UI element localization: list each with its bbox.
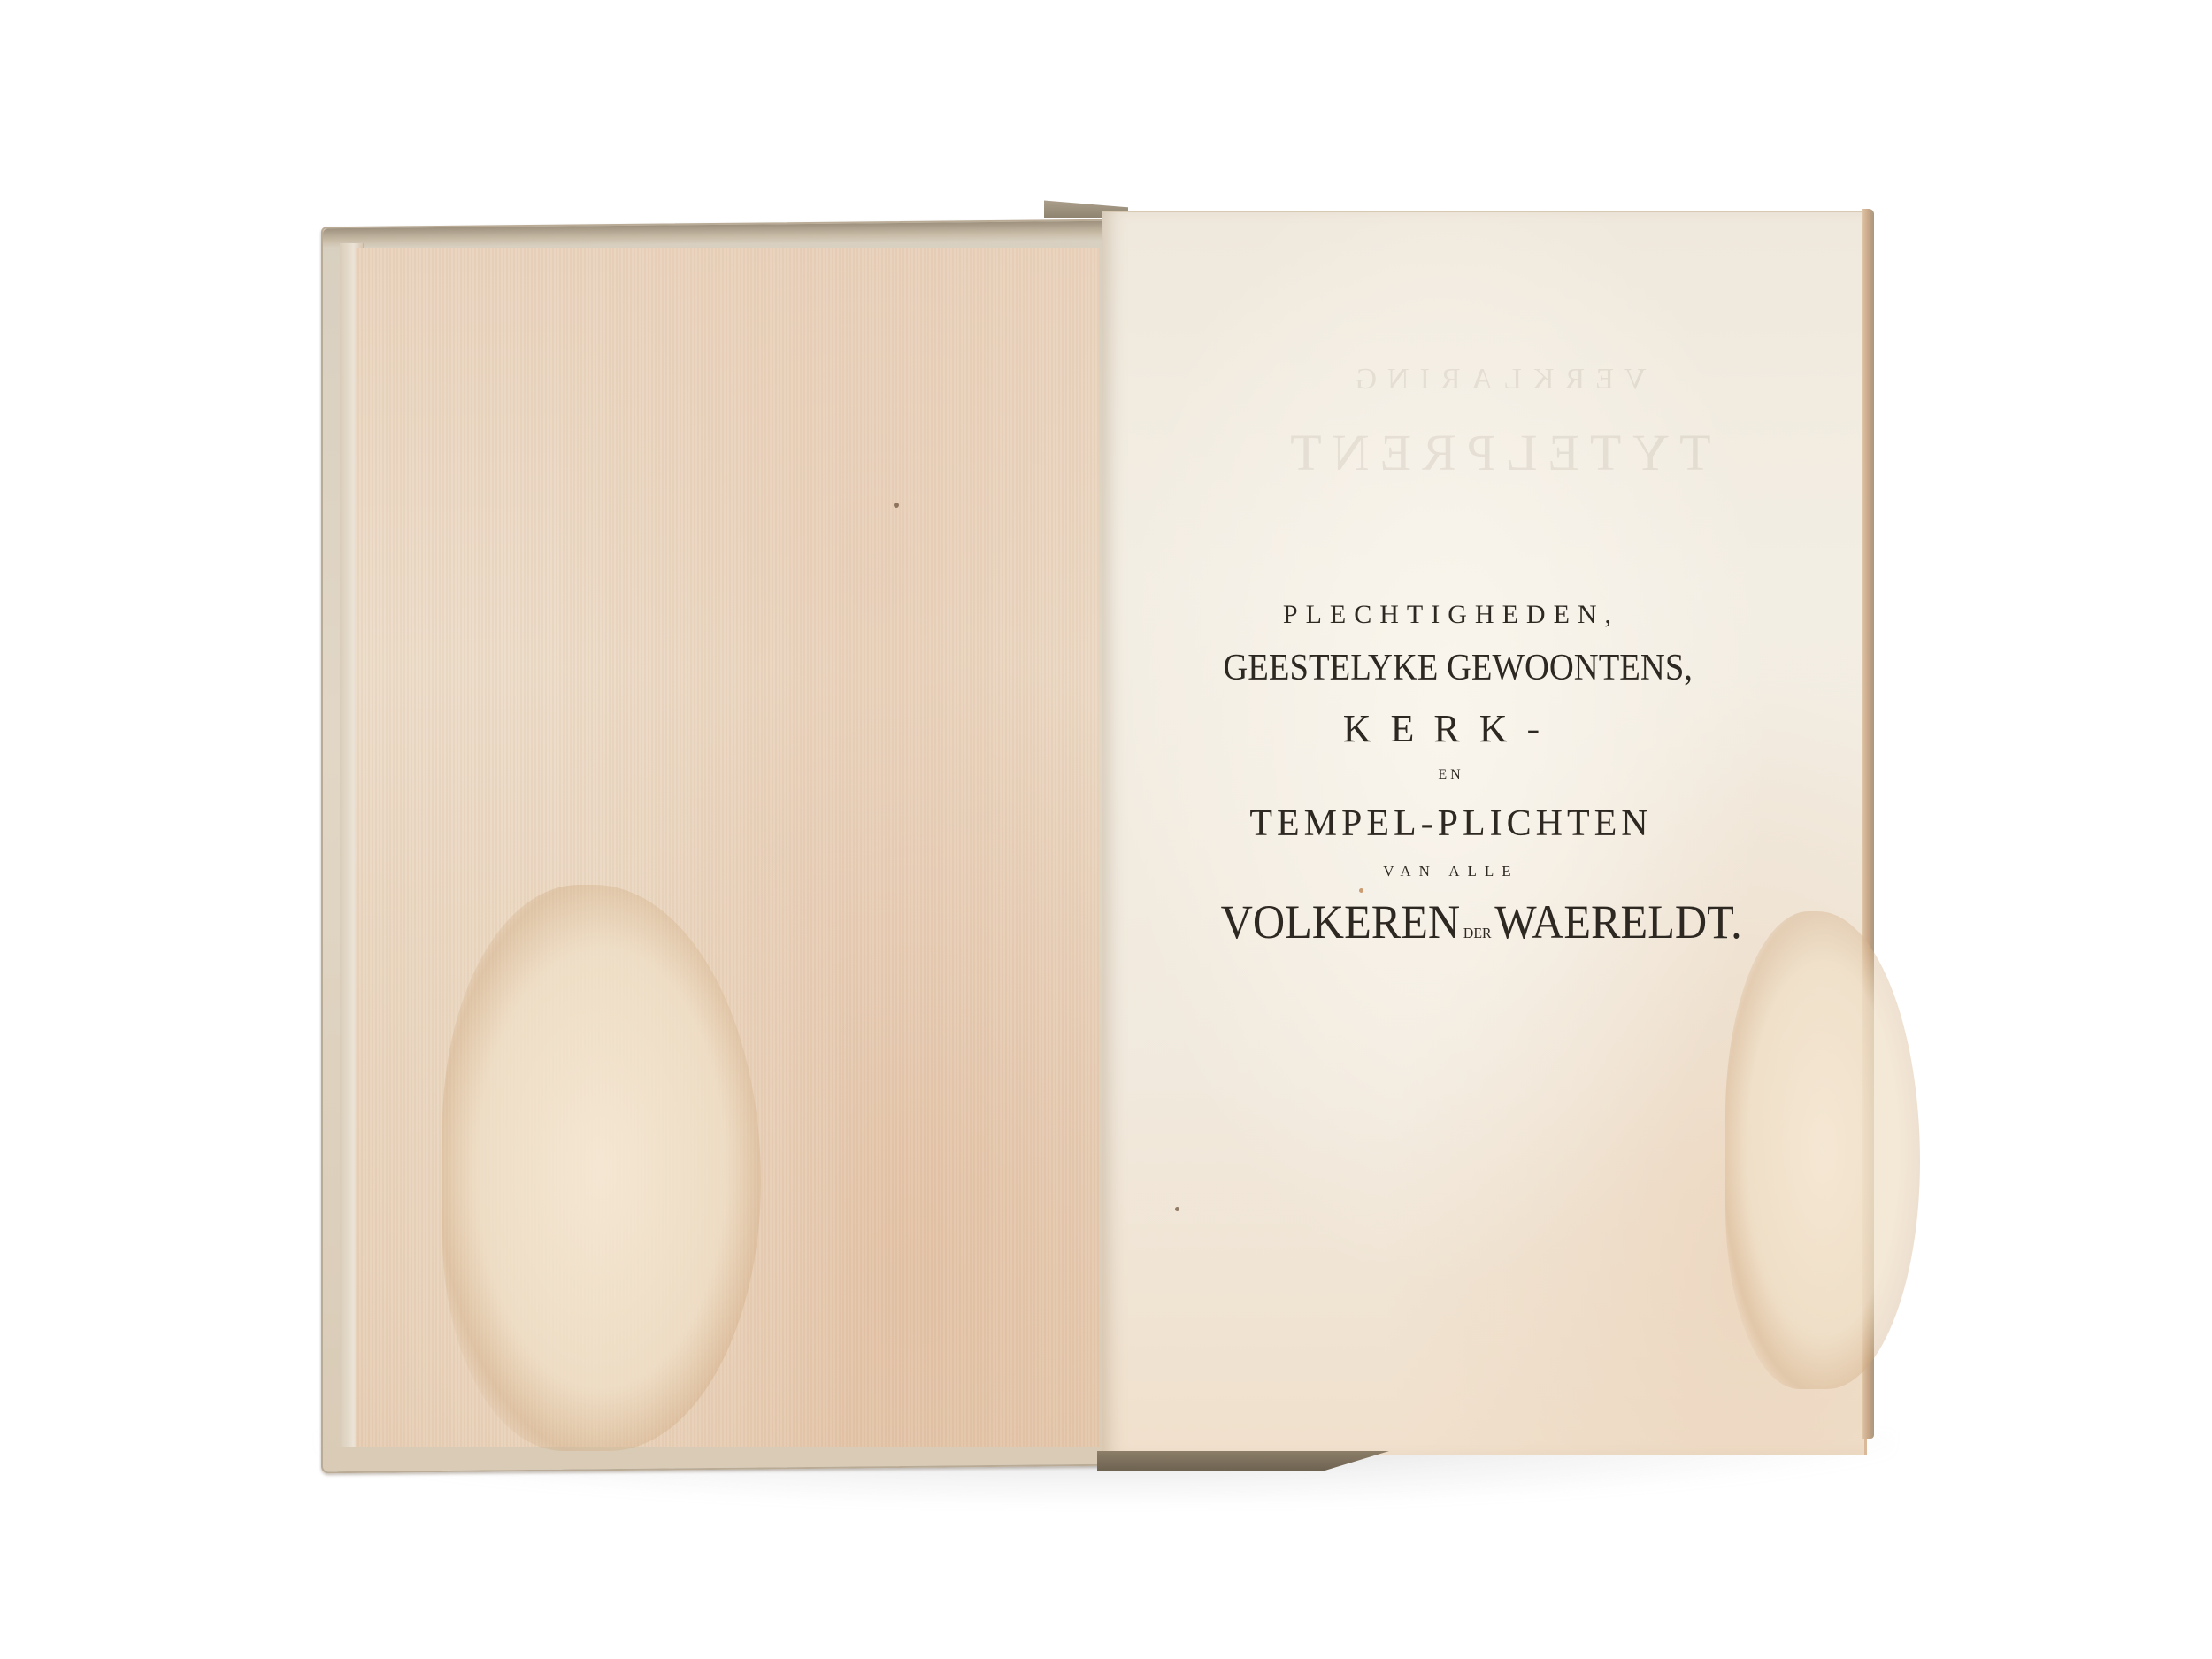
foxing-speck <box>1359 888 1363 893</box>
foxing-speck <box>1175 1207 1179 1211</box>
water-stain-right <box>1725 911 1920 1389</box>
show-through-line-1: VERKLARING <box>1265 363 1725 396</box>
foxing-speck <box>894 503 899 508</box>
title-line-volkeren-der-waereldt: VOLKERENDERWAERELDT. <box>1221 898 1682 946</box>
title-line-plechtigheden: PLECHTIGHEDEN, <box>1203 602 1699 628</box>
title-line-geestelyke-gewoontens: GEESTELYKE GEWOONTENS, <box>1223 649 1678 687</box>
title-word-volkeren: VOLKEREN <box>1221 895 1461 949</box>
title-word-waereldt: WAERELDT. <box>1494 895 1741 949</box>
title-word-der: DER <box>1463 925 1492 941</box>
title-line-kerk: KERK- <box>1203 710 1699 749</box>
title-line-en: EN <box>1203 768 1699 782</box>
title-line-van-alle: VAN ALLE <box>1203 864 1699 879</box>
show-through-text: VERKLARING TYTELPRENT <box>1265 363 1725 482</box>
title-line-tempel-plichten: TEMPEL-PLICHTEN <box>1203 805 1699 842</box>
title-block: PLECHTIGHEDEN, GEESTELYKE GEWOONTENS, KE… <box>1203 602 1699 946</box>
show-through-line-2: TYTELPRENT <box>1265 423 1725 482</box>
